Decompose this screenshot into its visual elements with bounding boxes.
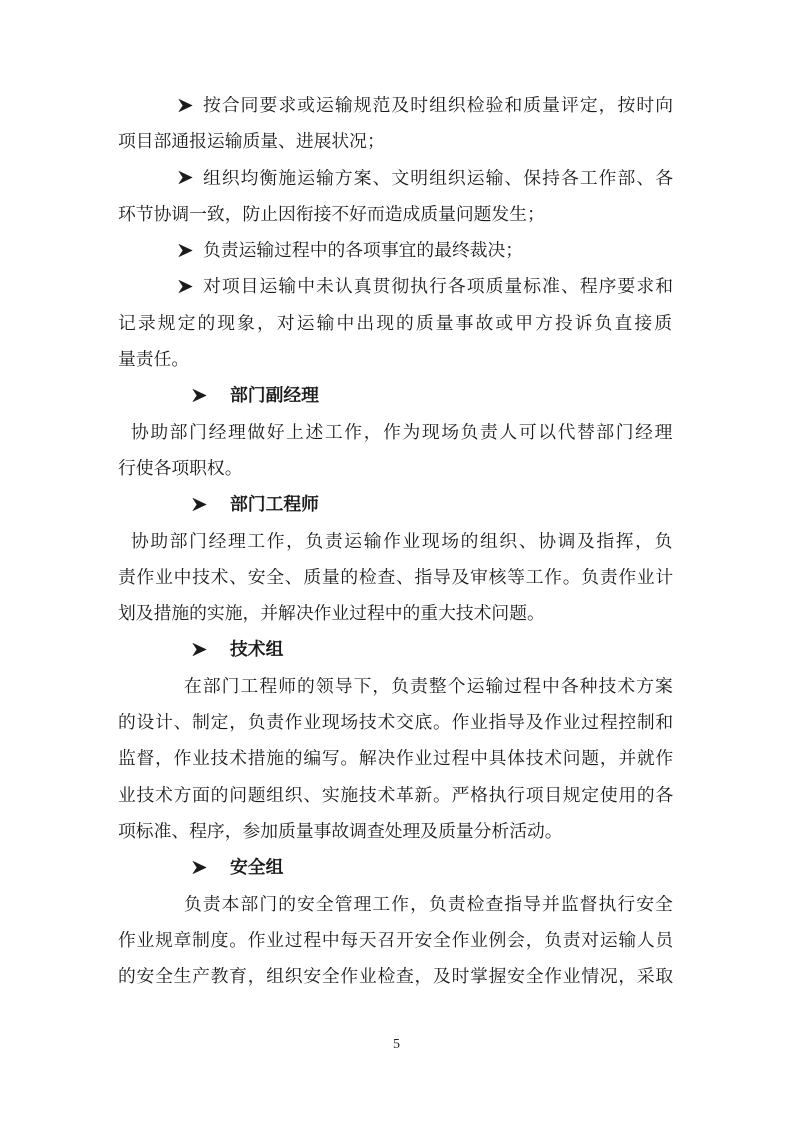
text-line: 部门副经理: [118, 377, 674, 413]
text-line: 部门工程师: [118, 486, 674, 522]
arrow-bullet-icon: [178, 98, 193, 113]
text-line: 负责运输过程中的各项事宜的最终裁决；: [118, 232, 674, 268]
line-text: 作业规章制度。作业过程中每天召开安全作业例会，负责对运输人员: [118, 930, 674, 950]
text-line: 监督，作业技术措施的编写。解决作业过程中具体技术问题，并就作: [118, 740, 674, 776]
line-text: 部门副经理: [230, 385, 319, 405]
line-text: 协助部门经理做好上述工作，作为现场负责人可以代替部门经理: [131, 422, 674, 442]
line-text: 部门工程师: [230, 494, 319, 514]
text-line: 负责本部门的安全管理工作，负责检查指导并监督执行安全: [118, 886, 674, 922]
line-text: 在部门工程师的领导下，负责整个运输过程中各种技术方案: [184, 676, 674, 696]
text-line: 安全组: [118, 849, 674, 885]
text-line: 按合同要求或运输规范及时组织检验和质量评定，按时向: [118, 87, 674, 123]
text-line: 行使各项职权。: [118, 450, 674, 486]
text-line: 划及措施的实施，并解决作业过程中的重大技术问题。: [118, 595, 674, 631]
arrow-bullet-icon: [178, 170, 193, 185]
line-text: 负责运输过程中的各项事宜的最终裁决；: [203, 240, 523, 260]
page-number: 5: [0, 1032, 793, 1058]
line-text: 的设计、制定，负责作业现场技术交底。作业指导及作业过程控制和: [118, 712, 674, 732]
line-text: 划及措施的实施，并解决作业过程中的重大技术问题。: [118, 603, 545, 623]
text-line: 记录规定的现象，对运输中出现的质量事故或甲方投诉负直接质: [118, 305, 674, 341]
text-line: 协助部门经理做好上述工作，作为现场负责人可以代替部门经理: [118, 414, 674, 450]
line-text: 组织均衡施运输方案、文明组织运输、保持各工作部、各: [203, 168, 674, 188]
line-text: 安全组: [230, 857, 283, 877]
line-text: 技术组: [230, 639, 283, 659]
text-line: 项标准、程序，参加质量事故调查处理及质量分析活动。: [118, 813, 674, 849]
text-line: 在部门工程师的领导下，负责整个运输过程中各种技术方案: [118, 668, 674, 704]
text-line: 对项目运输中未认真贯彻执行各项质量标准、程序要求和: [118, 268, 674, 304]
document-page: 按合同要求或运输规范及时组织检验和质量评定，按时向项目部通报运输质量、进展状况；…: [0, 0, 793, 1122]
arrow-bullet-icon: [192, 497, 207, 512]
text-line: 的设计、制定，负责作业现场技术交底。作业指导及作业过程控制和: [118, 704, 674, 740]
line-text: 负责本部门的安全管理工作，负责检查指导并监督执行安全: [184, 894, 674, 914]
line-text: 对项目运输中未认真贯彻执行各项质量标准、程序要求和: [203, 276, 674, 296]
arrow-bullet-icon: [192, 388, 207, 403]
line-text: 量责任。: [118, 349, 189, 369]
line-text: 按合同要求或运输规范及时组织检验和质量评定，按时向: [203, 95, 674, 115]
text-line: 量责任。: [118, 341, 674, 377]
line-text: 行使各项职权。: [118, 458, 242, 478]
line-text: 项标准、程序，参加质量事故调查处理及质量分析活动。: [118, 821, 563, 841]
line-text: 环节协调一致，防止因衔接不好而造成质量问题发生；: [118, 204, 545, 224]
text-line: 协助部门经理工作，负责运输作业现场的组织、协调及指挥，负: [118, 523, 674, 559]
text-line: 作业规章制度。作业过程中每天召开安全作业例会，负责对运输人员: [118, 922, 674, 958]
text-line: 项目部通报运输质量、进展状况；: [118, 123, 674, 159]
text-line: 技术组: [118, 631, 674, 667]
line-text: 业技术方面的问题组织、实施技术革新。严格执行项目规定使用的各: [118, 785, 674, 805]
line-text: 记录规定的现象，对运输中出现的质量事故或甲方投诉负直接质: [118, 313, 674, 333]
line-text: 项目部通报运输质量、进展状况；: [118, 131, 385, 151]
text-line: 环节协调一致，防止因衔接不好而造成质量问题发生；: [118, 196, 674, 232]
text-line: 责作业中技术、安全、质量的检查、指导及审核等工作。负责作业计: [118, 559, 674, 595]
text-line: 的安全生产教育，组织安全作业检查，及时掌握安全作业情况，采取: [118, 958, 674, 994]
arrow-bullet-icon: [192, 860, 207, 875]
line-text: 协助部门经理工作，负责运输作业现场的组织、协调及指挥，负: [131, 531, 674, 551]
arrow-bullet-icon: [178, 243, 193, 258]
line-text: 责作业中技术、安全、质量的检查、指导及审核等工作。负责作业计: [118, 567, 674, 587]
line-text: 监督，作业技术措施的编写。解决作业过程中具体技术问题，并就作: [118, 748, 674, 768]
arrow-bullet-icon: [192, 642, 207, 657]
text-line: 组织均衡施运输方案、文明组织运输、保持各工作部、各: [118, 160, 674, 196]
arrow-bullet-icon: [178, 279, 193, 294]
text-line: 业技术方面的问题组织、实施技术革新。严格执行项目规定使用的各: [118, 777, 674, 813]
line-text: 的安全生产教育，组织安全作业检查，及时掌握安全作业情况，采取: [118, 966, 674, 986]
document-body: 按合同要求或运输规范及时组织检验和质量评定，按时向项目部通报运输质量、进展状况；…: [118, 87, 674, 994]
